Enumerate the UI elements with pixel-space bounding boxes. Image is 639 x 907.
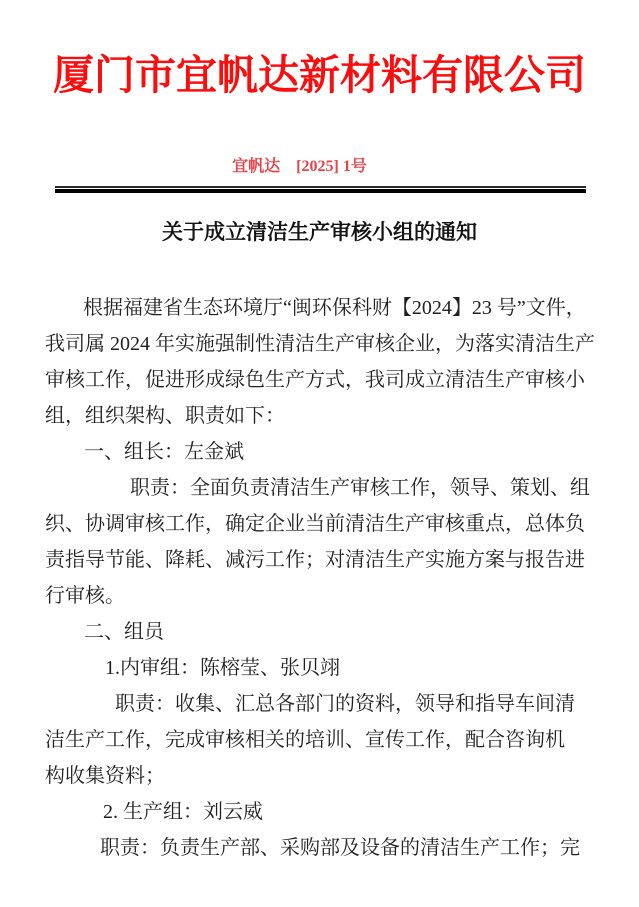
body-line: 根据福建省生态环境厅“闽环保科财【2024】23 号”文件，: [45, 290, 605, 326]
company-name-header: 厦门市宜帆达新材料有限公司: [0, 42, 639, 101]
body-line: 职责：负责生产部、采购部及设备的清洁生产工作；完: [45, 830, 605, 866]
body-line-leader-heading: 一、组长：左金斌: [45, 434, 605, 470]
body-line: 洁生产工作，完成审核相关的培训、宣传工作，配合咨询机: [45, 722, 605, 758]
body-line: 构收集资料；: [45, 758, 605, 794]
body-line: 行审核。: [45, 578, 605, 614]
body-line: 责指导节能、降耗、减污工作；对清洁生产实施方案与报告进: [45, 542, 605, 578]
document-body: 根据福建省生态环境厅“闽环保科财【2024】23 号”文件， 我司属 2024 …: [45, 290, 605, 866]
body-line-internal-audit-group: 1.内审组：陈榕莹、张贝翊: [45, 650, 605, 686]
body-line: 组，组织架构、职责如下：: [45, 398, 605, 434]
body-line: 职责：收集、汇总各部门的资料，领导和指导车间清: [45, 686, 605, 722]
header-divider-rule: [55, 186, 586, 194]
body-line-members-heading: 二、组员: [45, 614, 605, 650]
body-line: 审核工作，促进形成绿色生产方式，我司成立清洁生产审核小: [45, 362, 605, 398]
document-page: 厦门市宜帆达新材料有限公司 宜帆达 [2025] 1号 关于成立清洁生产审核小组…: [0, 0, 639, 907]
body-line: 职责：全面负责清洁生产审核工作，领导、策划、组: [45, 470, 605, 506]
document-number: 宜帆达 [2025] 1号: [0, 153, 599, 176]
document-title: 关于成立清洁生产审核小组的通知: [0, 216, 639, 246]
body-line-production-group: 2. 生产组：刘云威: [45, 794, 605, 830]
body-line: 我司属 2024 年实施强制性清洁生产审核企业，为落实清洁生产: [45, 326, 605, 362]
body-line: 织、协调审核工作，确定企业当前清洁生产审核重点，总体负: [45, 506, 605, 542]
